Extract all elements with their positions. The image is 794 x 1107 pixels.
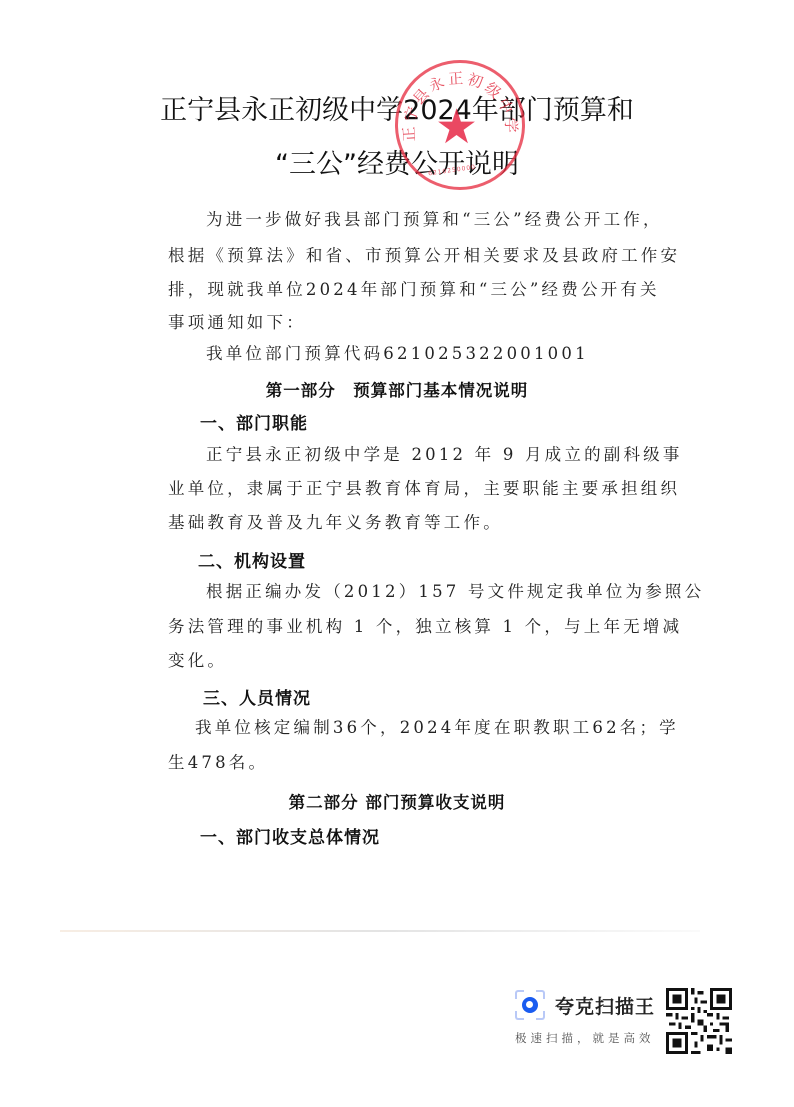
part1-heading: 第一部分 预算部门基本情况说明 — [0, 377, 794, 401]
document-title-line-2: “三公”经费公开说明 — [0, 142, 794, 181]
functions-line-1: 正宁县永正初级中学是 2012 年 9 月成立的副科级事 — [206, 445, 706, 465]
section-organization-heading: 二、机构设置 — [198, 547, 306, 572]
qr-code-icon — [666, 988, 732, 1054]
intro-line-4: 事项通知如下： — [168, 313, 668, 333]
functions-line-2: 业单位，隶属于正宁县教育体育局，主要职能主要承担组织 — [168, 479, 668, 499]
organization-line-1: 根据正编办发（2012）157 号文件规定我单位为参照公 — [206, 582, 706, 602]
intro-line-2: 根据《预算法》和省、市预算公开相关要求及县政府工作安 — [168, 246, 668, 266]
section-overall-heading: 一、部门收支总体情况 — [200, 823, 380, 848]
budget-code-line: 我单位部门预算代码621025322001001 — [206, 344, 706, 364]
personnel-line-2: 生478名。 — [168, 753, 668, 773]
intro-line-3: 排，现就我单位2024年部门预算和“三公”经费公开有关 — [168, 280, 668, 300]
scanned-document-page: 正宁县永正初级中学2024年部门预算和 “三公”经费公开说明 正宁县永正初级中学… — [0, 0, 794, 1107]
personnel-line-1: 我单位核定编制36个，2024年度在职教职工62名；学 — [195, 718, 695, 738]
scan-artifact-line — [60, 930, 700, 932]
intro-line-1: 为进一步做好我县部门预算和“三公”经费公开工作， — [206, 210, 706, 230]
organization-line-3: 变化。 — [168, 651, 668, 671]
part2-heading: 第二部分 部门预算收支说明 — [0, 789, 794, 813]
section-functions-heading: 一、部门职能 — [200, 409, 308, 434]
functions-line-3: 基础教育及普及九年义务教育等工作。 — [168, 513, 668, 533]
section-personnel-heading: 三、人员情况 — [203, 684, 311, 709]
organization-line-2: 务法管理的事业机构 1 个，独立核算 1 个，与上年无增减 — [168, 617, 668, 637]
watermark-app-name: 夸克扫描王 — [555, 992, 655, 1019]
watermark-slogan: 极速扫描，就是高效 — [515, 1030, 655, 1046]
document-title-line-1: 正宁县永正初级中学2024年部门预算和 — [0, 88, 794, 127]
quark-logo-icon — [515, 990, 545, 1020]
